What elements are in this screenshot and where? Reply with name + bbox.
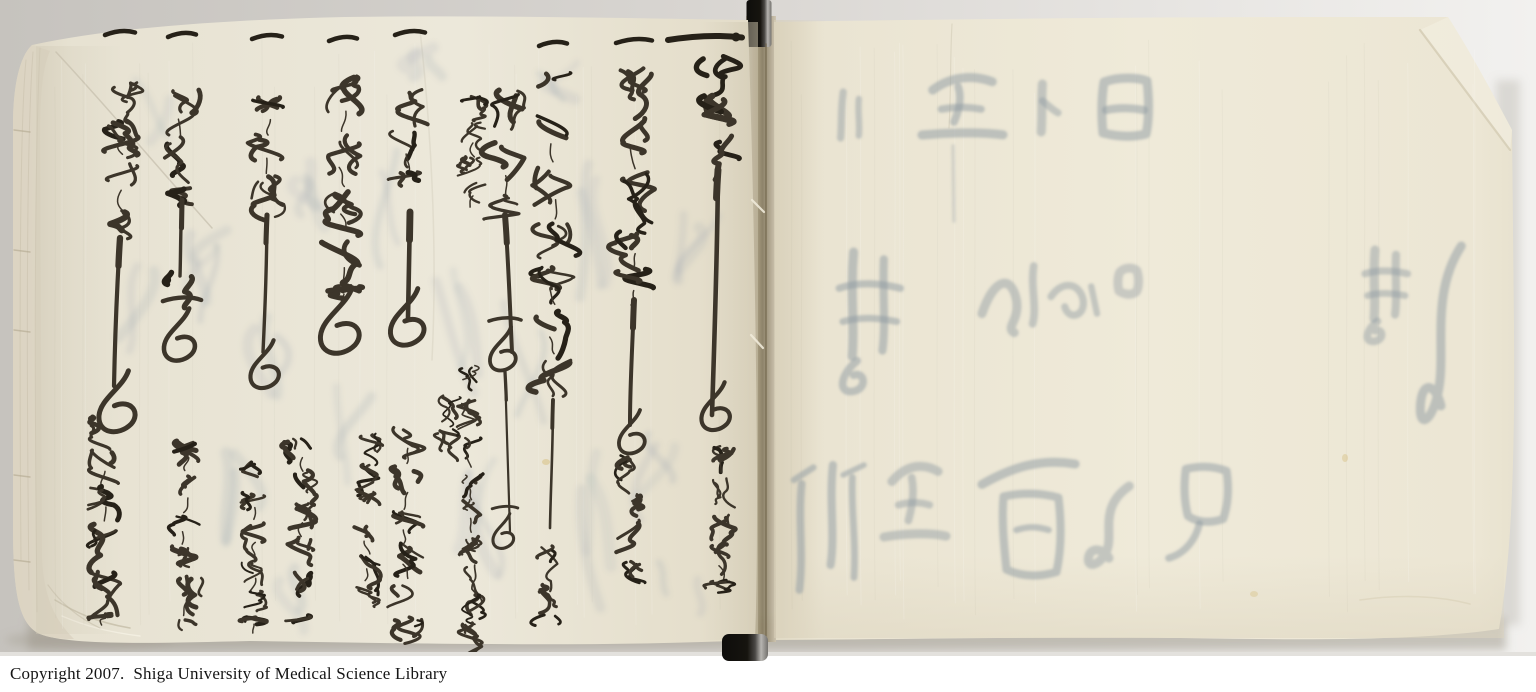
copyright-text: Copyright 2007. Shiga University of Medi… <box>10 663 447 685</box>
book-scan-image <box>0 0 1536 692</box>
digitized-manuscript-scan: Copyright 2007. Shiga University of Medi… <box>0 0 1536 692</box>
binding-rod-bottom <box>722 634 768 661</box>
